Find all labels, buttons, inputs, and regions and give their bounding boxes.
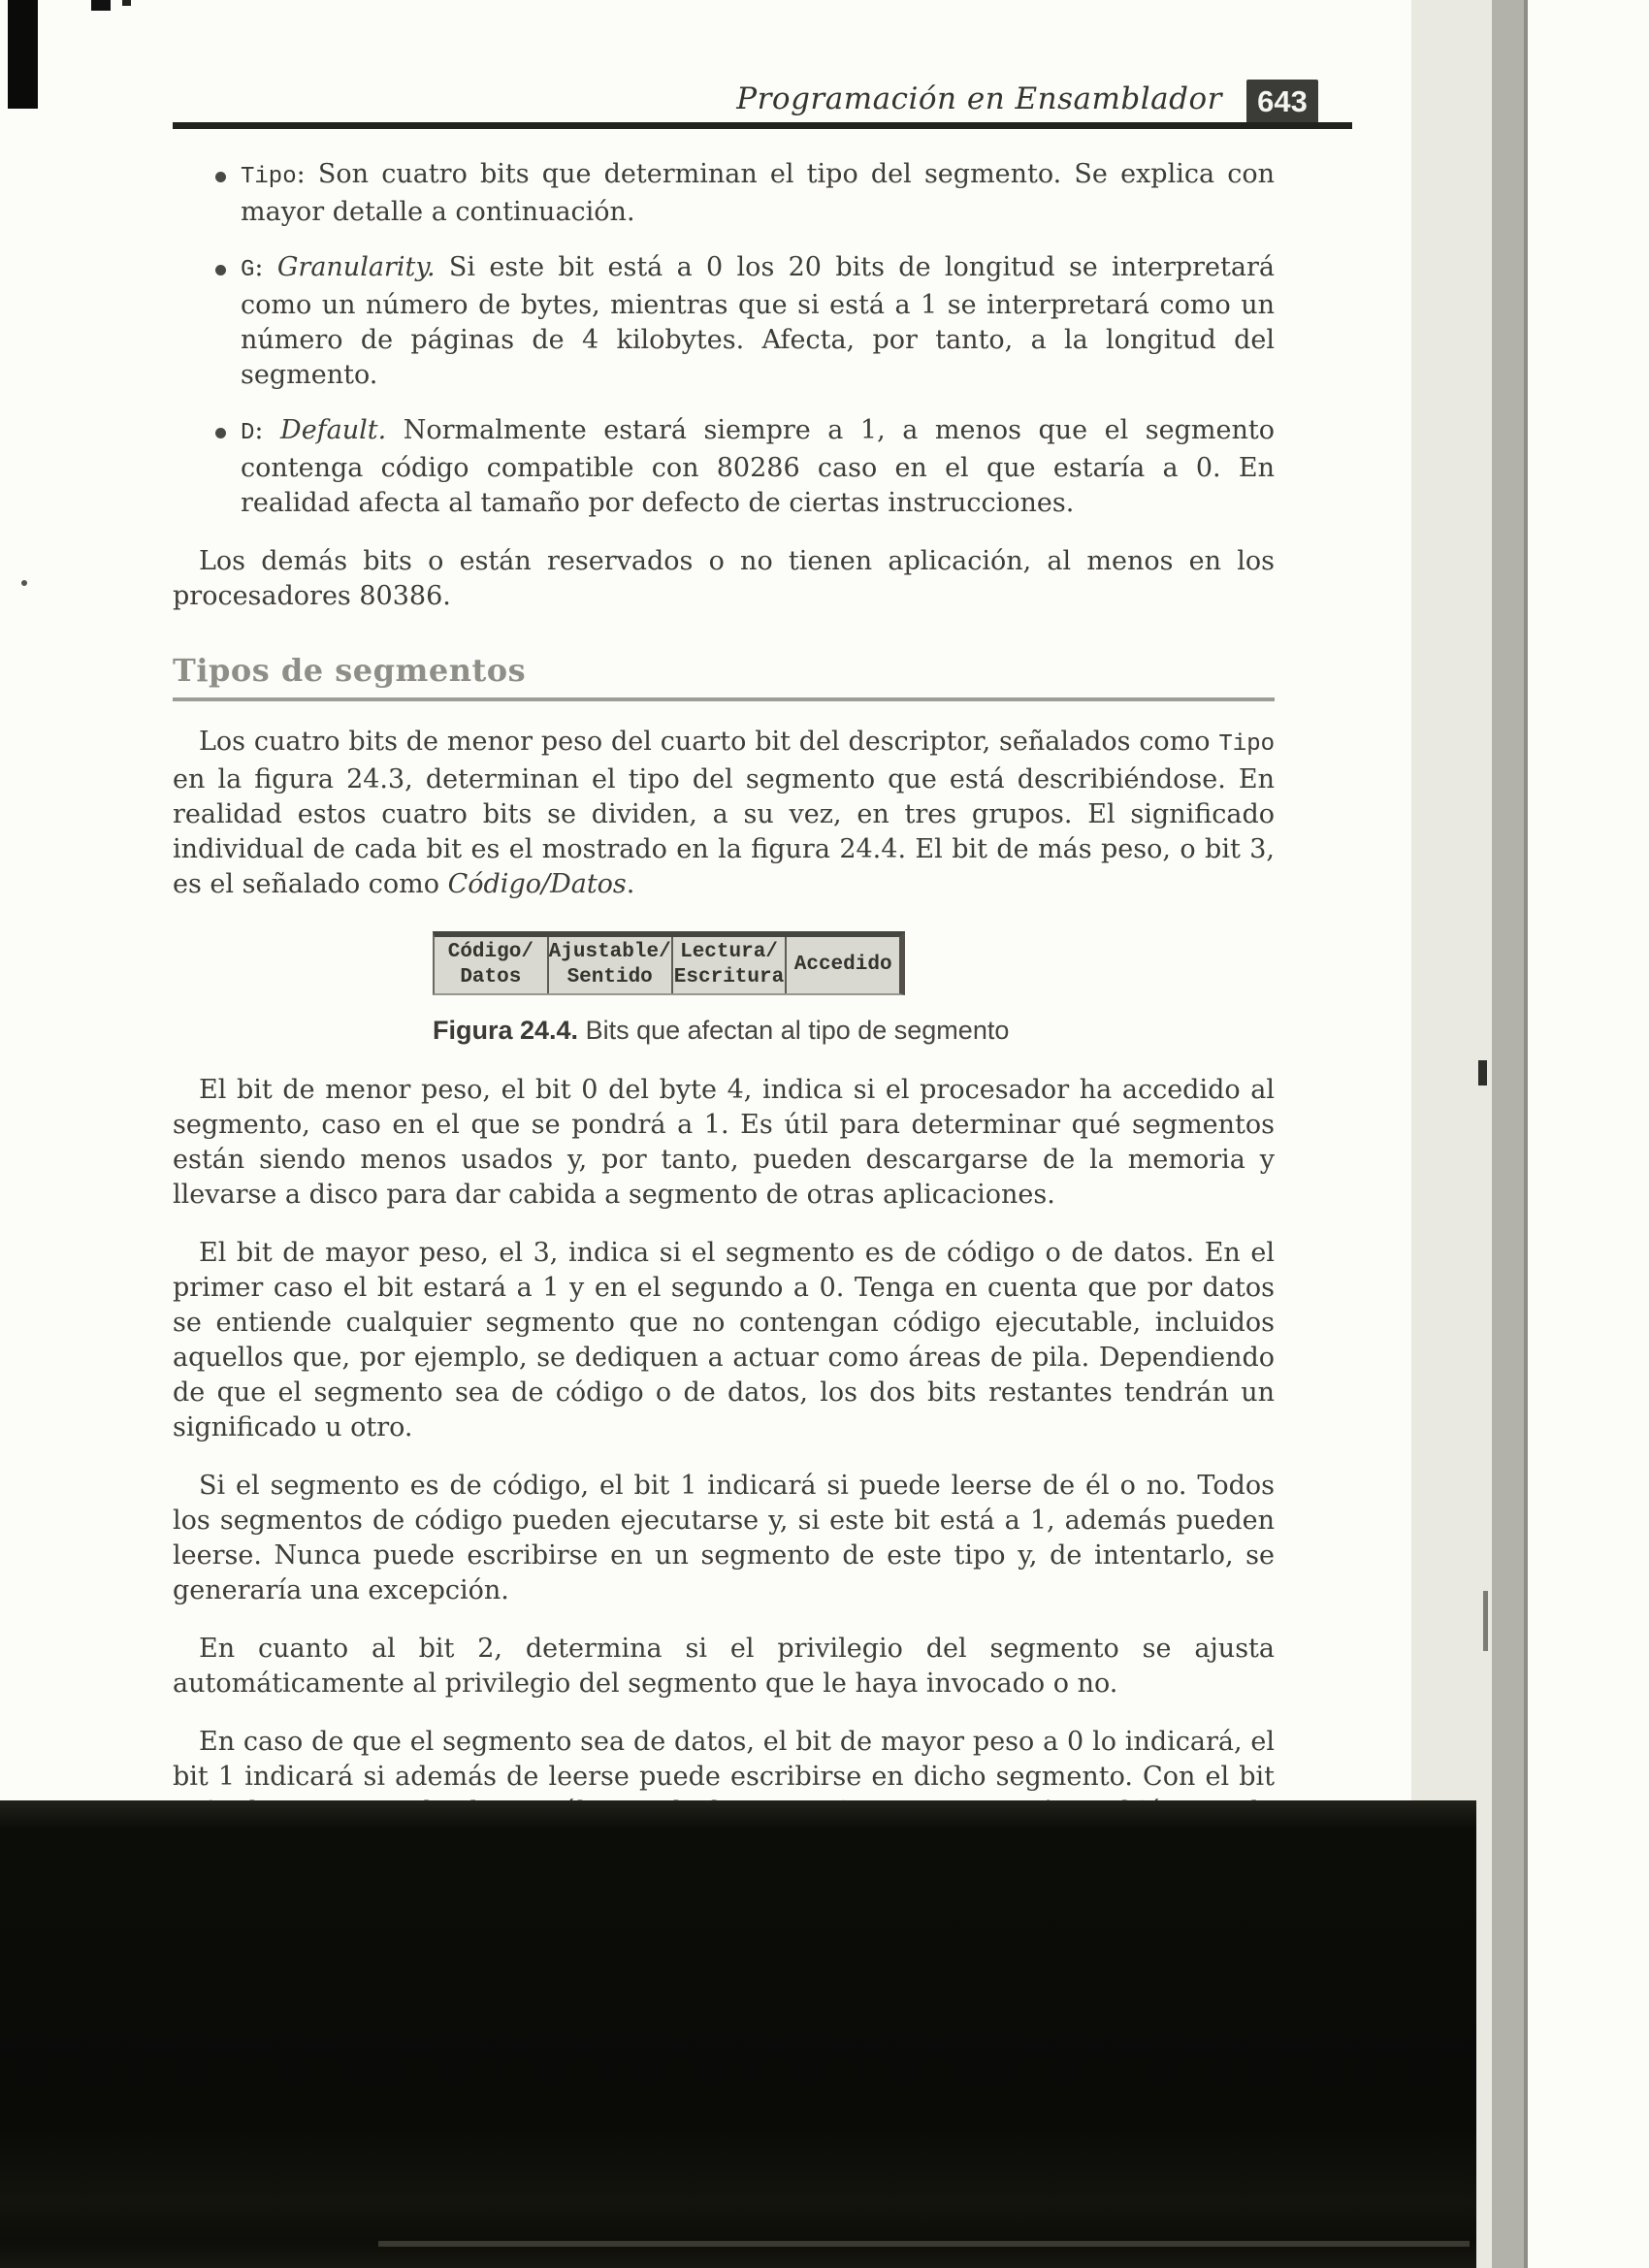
scan-mark xyxy=(91,0,111,11)
table-cell-codigo-datos: Código/Datos xyxy=(435,937,549,993)
cell-line: Datos xyxy=(460,965,521,990)
scan-edge-strip xyxy=(8,0,38,109)
figure-24-4: Código/Datos Ajustable/Sentido Lectura/E… xyxy=(433,931,1015,1048)
figure-caption-label: Figura 24.4. xyxy=(433,1016,578,1045)
bullet-sep: : xyxy=(297,159,318,189)
bullet-list: Tipo: Son cuatro bits que determinan el … xyxy=(173,157,1275,521)
intro-text: en la figura 24.3, determinan el tipo de… xyxy=(173,764,1275,899)
intro-text: Los cuatro bits de menor peso del cuarto… xyxy=(199,727,1218,757)
page-edge-band xyxy=(1492,0,1524,2268)
cell-line: Ajustable/ xyxy=(549,940,671,965)
body-paragraphs: El bit de menor peso, el bit 0 del byte … xyxy=(173,1073,1275,1899)
cell-line: Escritura xyxy=(674,965,784,990)
intro-mono-term: Tipo xyxy=(1218,731,1275,758)
scan-black-region xyxy=(0,1800,1476,2268)
bullet-marker xyxy=(173,250,241,393)
paragraph-reserved-bits: Los demás bits o están reservados o no t… xyxy=(173,544,1275,614)
bullet-item-default: D: Default. Normalmente estará siempre a… xyxy=(173,413,1275,521)
cell-line: Lectura/ xyxy=(680,940,778,965)
bullet-dot-icon xyxy=(215,172,226,182)
table-cell-ajustable-sentido: Ajustable/Sentido xyxy=(549,937,673,993)
segment-type-bits-table: Código/Datos Ajustable/Sentido Lectura/E… xyxy=(433,931,905,995)
intro-text: . xyxy=(627,869,635,899)
bullet-body-text: Normalmente estará siempre a 1, a menos … xyxy=(241,415,1275,518)
cell-line: Sentido xyxy=(567,965,653,990)
intro-emph-term: Código/Datos xyxy=(448,869,627,899)
bullet-text: G: Granularity. Si este bit está a 0 los… xyxy=(241,250,1275,393)
bullet-sep: : xyxy=(254,415,280,445)
scan-mark xyxy=(122,0,131,6)
paragraph-intro: Los cuatro bits de menor peso del cuarto… xyxy=(173,725,1275,902)
bullet-body-text: Son cuatro bits que determinan el tipo d… xyxy=(241,159,1275,227)
paragraph-bit3-code-data: El bit de mayor peso, el 3, indica si el… xyxy=(173,1236,1275,1445)
page-edge-line xyxy=(1524,0,1528,2268)
scan-mark xyxy=(1483,1591,1488,1651)
scan-mark xyxy=(1478,1060,1487,1085)
paragraph-code-segment-bit1: Si el segmento es de código, el bit 1 in… xyxy=(173,1469,1275,1608)
bullet-marker xyxy=(173,157,241,230)
bullet-emph: Default. xyxy=(280,415,386,445)
table-cell-accedido: Accedido xyxy=(787,937,899,993)
bullet-dot-icon xyxy=(215,265,226,275)
bullet-item-tipo: Tipo: Son cuatro bits que determinan el … xyxy=(173,157,1275,230)
page-number-badge: 643 xyxy=(1246,80,1318,123)
scan-mark xyxy=(21,580,27,586)
figure-caption: Figura 24.4. Bits que afectan al tipo de… xyxy=(433,1013,1015,1048)
bullet-term: D xyxy=(241,420,254,446)
book-page-scan: Programación en Ensamblador 643 Tipo: So… xyxy=(0,0,1649,2268)
bullet-term: G xyxy=(241,257,254,283)
cell-line: Código/ xyxy=(448,940,533,965)
paragraph-bit0-accessed: El bit de menor peso, el bit 0 del byte … xyxy=(173,1073,1275,1213)
bullet-text: D: Default. Normalmente estará siempre a… xyxy=(241,413,1275,521)
bullet-dot-icon xyxy=(215,428,226,438)
paragraph-bit2-privilege: En cuanto al bit 2, determina si el priv… xyxy=(173,1632,1275,1701)
cell-line: Accedido xyxy=(794,953,892,978)
bullet-term: Tipo xyxy=(241,164,297,190)
scan-black-region-line xyxy=(378,2241,1470,2247)
header-rule xyxy=(173,122,1352,129)
figure-caption-text: Bits que afectan al tipo de segmento xyxy=(578,1016,1009,1045)
bullet-sep: : xyxy=(254,252,276,282)
bullet-item-granularity: G: Granularity. Si este bit está a 0 los… xyxy=(173,250,1275,393)
page-content: Tipo: Son cuatro bits que determinan el … xyxy=(173,157,1275,1899)
section-heading: Tipos de segmentos xyxy=(173,653,1275,701)
bullet-text: Tipo: Son cuatro bits que determinan el … xyxy=(241,157,1275,230)
bullet-marker xyxy=(173,413,241,521)
running-header-title: Programación en Ensamblador xyxy=(543,81,1222,116)
bullet-emph: Granularity. xyxy=(277,252,436,282)
table-cell-lectura-escritura: Lectura/Escritura xyxy=(673,937,788,993)
